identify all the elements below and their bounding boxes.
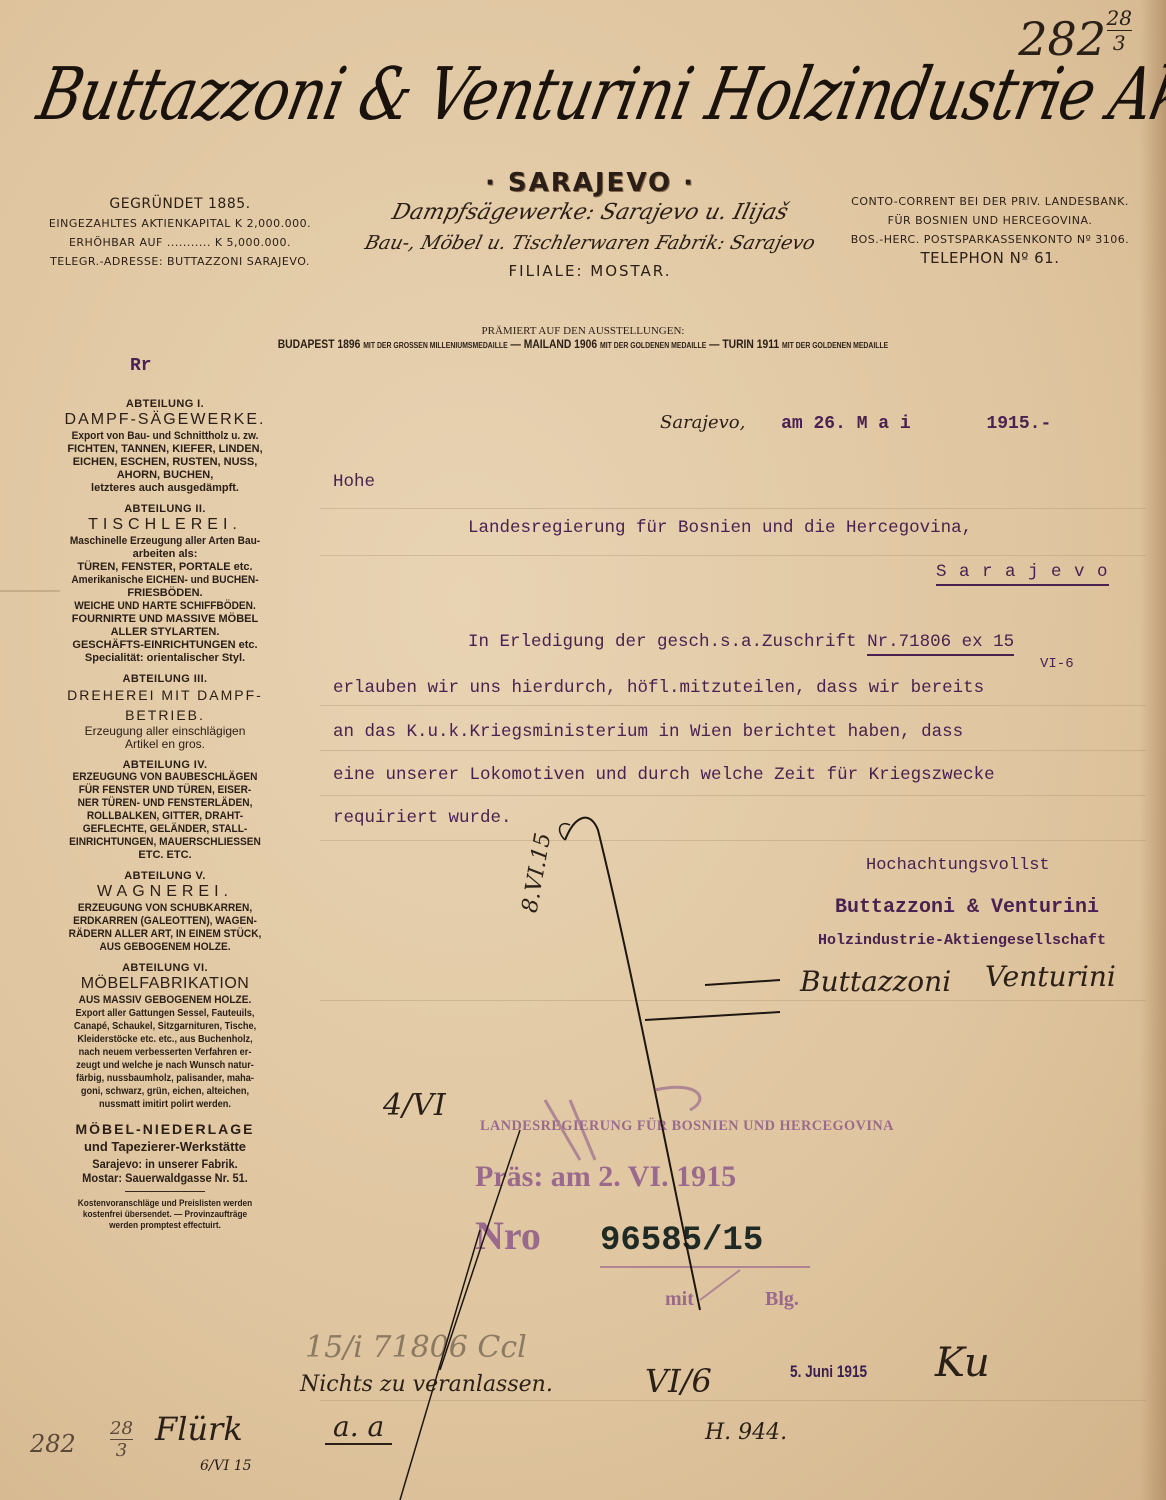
pen-stroke-loop xyxy=(565,818,700,1310)
pen-strokes xyxy=(0,0,1166,1500)
